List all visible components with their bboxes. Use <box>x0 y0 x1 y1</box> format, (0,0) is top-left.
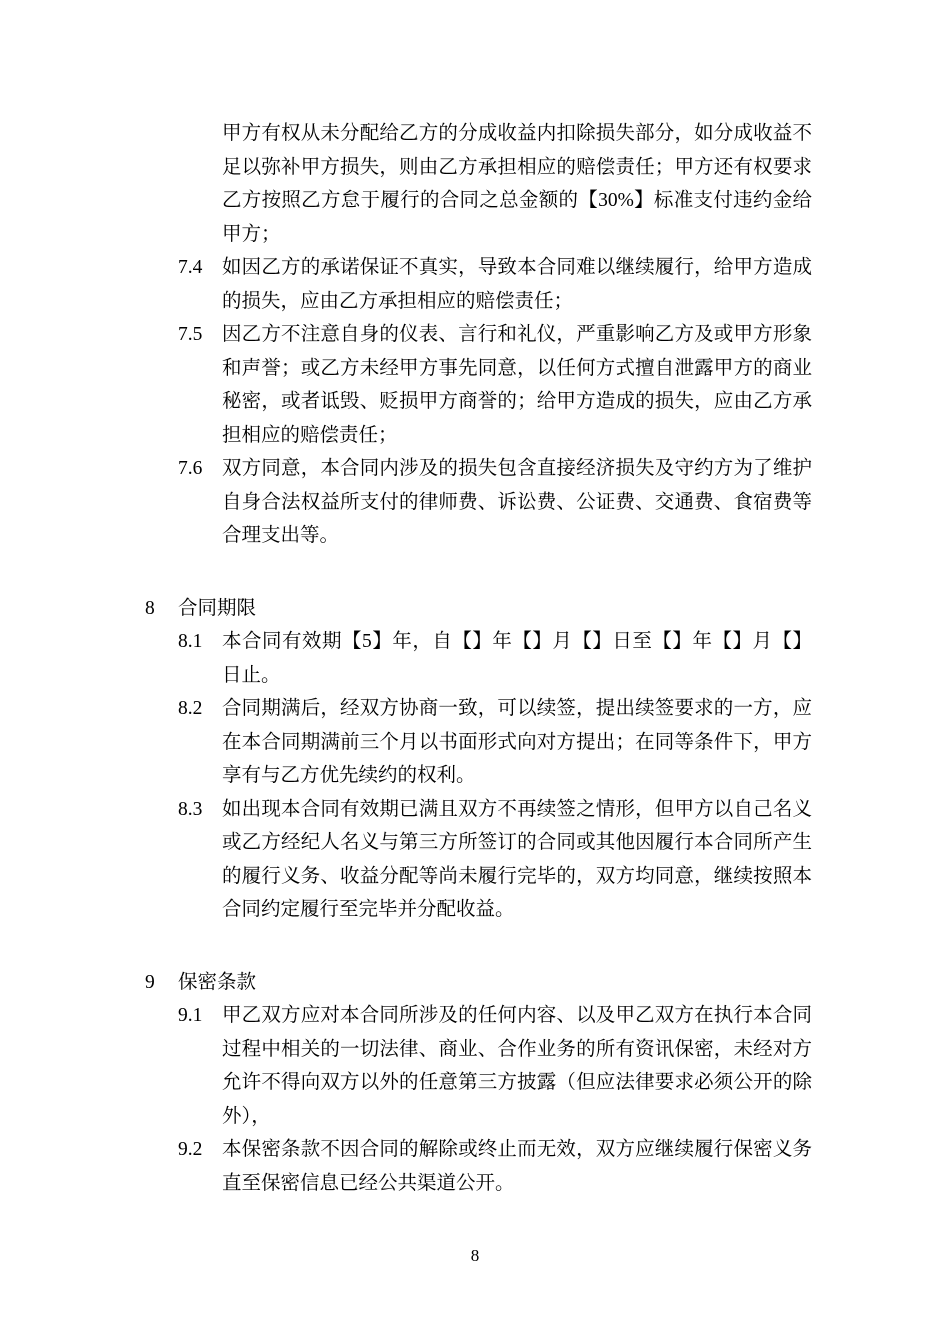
clause-text: 本保密条款不因合同的解除或终止而无效，双方应继续履行保密义务直至保密信息已经公共… <box>222 1133 812 1200</box>
clause-number: 7.4 <box>178 251 202 285</box>
page-footer: 8 <box>0 1245 950 1267</box>
clause-number: 9.1 <box>178 999 202 1033</box>
clause-8-1: 8.1 本合同有效期【5】年，自【】年【】月【】日至【】年【】月【】日止。 <box>145 625 812 692</box>
clause-number: 8.2 <box>178 692 202 726</box>
clause-number: 8.1 <box>178 625 202 659</box>
clause-text: 因乙方不注意自身的仪表、言行和礼仪，严重影响乙方及或甲方形象和声誉；或乙方未经甲… <box>222 318 812 452</box>
section-8-heading: 8合同期限 <box>145 592 812 626</box>
clause-7-5: 7.5 因乙方不注意自身的仪表、言行和礼仪，严重影响乙方及或甲方形象和声誉；或乙… <box>145 318 812 452</box>
document-content: 甲方有权从未分配给乙方的分成收益内扣除损失部分，如分成收益不足以弥补甲方损失，则… <box>145 117 812 1200</box>
clause-text: 如出现本合同有效期已满且双方不再续签之情形，但甲方以自己名义或乙方经纪人名义与第… <box>222 793 812 927</box>
clause-text: 合同期满后，经双方协商一致，可以续签，提出续签要求的一方，应在本合同期满前三个月… <box>222 692 812 793</box>
clause-text: 如因乙方的承诺保证不真实，导致本合同难以继续履行，给甲方造成的损失，应由乙方承担… <box>222 251 812 318</box>
section-9-heading: 9保密条款 <box>145 966 812 1000</box>
clause-number: 7.6 <box>178 452 202 486</box>
section-title: 保密条款 <box>178 972 256 993</box>
clause-7-6: 7.6 双方同意，本合同内涉及的损失包含直接经济损失及守约方为了维护自身合法权益… <box>145 452 812 553</box>
section-number: 8 <box>145 592 178 626</box>
clause-text: 甲乙双方应对本合同所涉及的任何内容、以及甲乙双方在执行本合同过程中相关的一切法律… <box>222 999 812 1133</box>
continuation-paragraph: 甲方有权从未分配给乙方的分成收益内扣除损失部分，如分成收益不足以弥补甲方损失，则… <box>145 117 812 251</box>
clause-9-2: 9.2 本保密条款不因合同的解除或终止而无效，双方应继续履行保密义务直至保密信息… <box>145 1133 812 1200</box>
section-number: 9 <box>145 966 178 1000</box>
document-page: 甲方有权从未分配给乙方的分成收益内扣除损失部分，如分成收益不足以弥补甲方损失，则… <box>0 0 950 1344</box>
clause-8-2: 8.2 合同期满后，经双方协商一致，可以续签，提出续签要求的一方，应在本合同期满… <box>145 692 812 793</box>
section-title: 合同期限 <box>178 598 256 619</box>
clause-number: 8.3 <box>178 793 202 827</box>
clause-8-3: 8.3 如出现本合同有效期已满且双方不再续签之情形，但甲方以自己名义或乙方经纪人… <box>145 793 812 927</box>
clause-text: 双方同意，本合同内涉及的损失包含直接经济损失及守约方为了维护自身合法权益所支付的… <box>222 452 812 553</box>
clause-number: 9.2 <box>178 1133 202 1167</box>
clause-text: 本合同有效期【5】年，自【】年【】月【】日至【】年【】月【】日止。 <box>222 625 812 692</box>
clause-number: 7.5 <box>178 318 202 352</box>
page-number: 8 <box>471 1246 480 1265</box>
continuation-paragraph-text: 甲方有权从未分配给乙方的分成收益内扣除损失部分，如分成收益不足以弥补甲方损失，则… <box>222 117 812 251</box>
clause-9-1: 9.1 甲乙双方应对本合同所涉及的任何内容、以及甲乙双方在执行本合同过程中相关的… <box>145 999 812 1133</box>
clause-7-4: 7.4 如因乙方的承诺保证不真实，导致本合同难以继续履行，给甲方造成的损失，应由… <box>145 251 812 318</box>
